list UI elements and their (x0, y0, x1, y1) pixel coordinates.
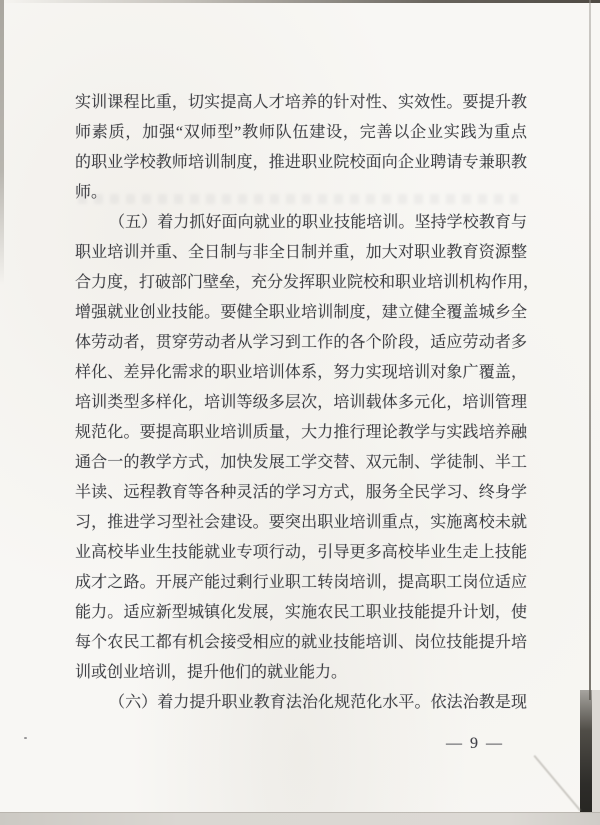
scan-edge-right (589, 0, 591, 700)
text-line: （六）着力提升职业教育法治化规范化水平。依法治教是现 (75, 688, 527, 718)
text-line: 的职业学校教师培训制度，推进职业院校面向企业聘请专兼职教 (75, 148, 527, 178)
text-line: （五）着力抓好面向就业的职业技能培训。坚持学校教育与 (75, 208, 527, 238)
text-line: 习，推进学习型社会建设。要突出职业培训重点，实施离校未就 (75, 508, 527, 538)
text-line: 体劳动者，贯穿劳动者从学习到工作的各个阶段，适应劳动者多 (75, 328, 527, 358)
text-line: 每个农民工都有机会接受相应的就业技能培训、岗位技能提升培 (75, 628, 527, 658)
scan-shadow-bottom (0, 812, 600, 825)
text-line: 能力。适应新型城镇化发展，实施农民工职业技能提升计划，使 (75, 598, 527, 628)
text-line: 职业培训并重、全日制与非全日制并重，加大对职业教育资源整 (75, 238, 527, 268)
scan-edge-left (0, 0, 4, 285)
scan-edge-right-outer (592, 690, 600, 825)
paper-crease (533, 755, 581, 811)
text-line: 增强就业创业技能。要健全职业培训制度，建立健全覆盖城乡全 (75, 298, 527, 328)
scan-edge-top (0, 0, 600, 3)
text-line: 训或创业培训，提升他们的就业能力。 (75, 658, 527, 688)
text-line: 通合一的教学方式，加快发展工学交替、双元制、学徒制、半工 (75, 448, 527, 478)
text-line: 半读、远程教育等各种灵活的学习方式，服务全民学习、终身学 (75, 478, 527, 508)
text-line: 成才之路。开展产能过剩行业职工转岗培训，提高职工岗位适应 (75, 568, 527, 598)
page-number: — 9 — (446, 733, 556, 755)
document-body: 实训课程比重，切实提高人才培养的针对性、实效性。要提升教师素质，加强“双师型”教… (75, 88, 527, 718)
text-line: 业高校毕业生技能就业专项行动，引导更多高校毕业生走上技能 (75, 538, 527, 568)
scan-edge-right-dark (580, 690, 592, 825)
ink-bleed-through (78, 194, 518, 204)
scan-speck (24, 737, 27, 739)
text-line: 合力度，打破部门壁垒，充分发挥职业院校和职业培训机构作用， (75, 268, 527, 298)
text-line: 样化、差异化需求的职业培训体系，努力实现培训对象广覆盖， (75, 358, 527, 388)
text-line: 实训课程比重，切实提高人才培养的针对性、实效性。要提升教 (75, 88, 527, 118)
scanned-page: 实训课程比重，切实提高人才培养的针对性、实效性。要提升教师素质，加强“双师型”教… (0, 0, 600, 825)
text-line: 培训类型多样化，培训等级多层次，培训载体多元化，培训管理 (75, 388, 527, 418)
text-line: 师素质，加强“双师型”教师队伍建设，完善以企业实践为重点 (75, 118, 527, 148)
text-line: 规范化。要提高职业培训质量，大力推行理论教学与实践培养融 (75, 418, 527, 448)
